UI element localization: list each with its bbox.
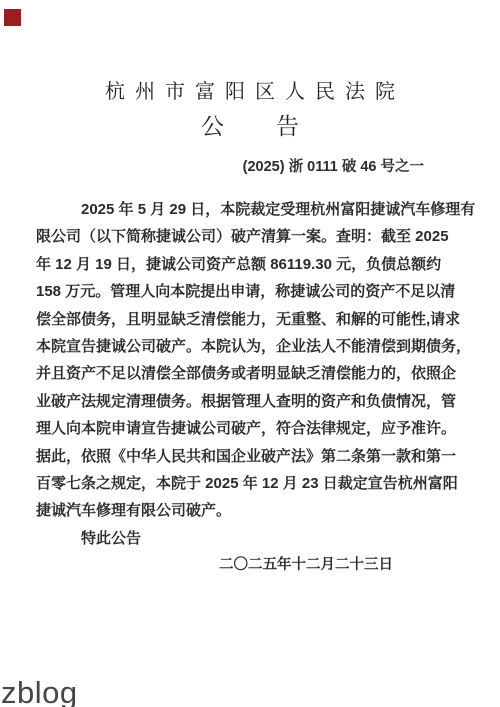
announcement-page: 杭州市富阳区人民法院 公告 (2025) 浙 0111 破 46 号之一 202… <box>0 0 500 707</box>
red-square-icon <box>4 9 21 26</box>
court-name-heading: 杭州市富阳区人民法院 <box>0 79 500 103</box>
zblog-watermark: zblog <box>1 677 78 707</box>
doc-title-heading: 公告 <box>0 112 500 142</box>
doc-title-text: 公告 <box>201 114 351 140</box>
closing-date: 二〇二五年十二月二十三日 <box>0 555 500 575</box>
announcement-body: 2025 年 5 月 29 日，本院裁定受理杭州富阳捷诚汽车修理有 限公司（以下… <box>36 196 466 552</box>
case-number: (2025) 浙 0111 破 46 号之一 <box>0 156 500 178</box>
